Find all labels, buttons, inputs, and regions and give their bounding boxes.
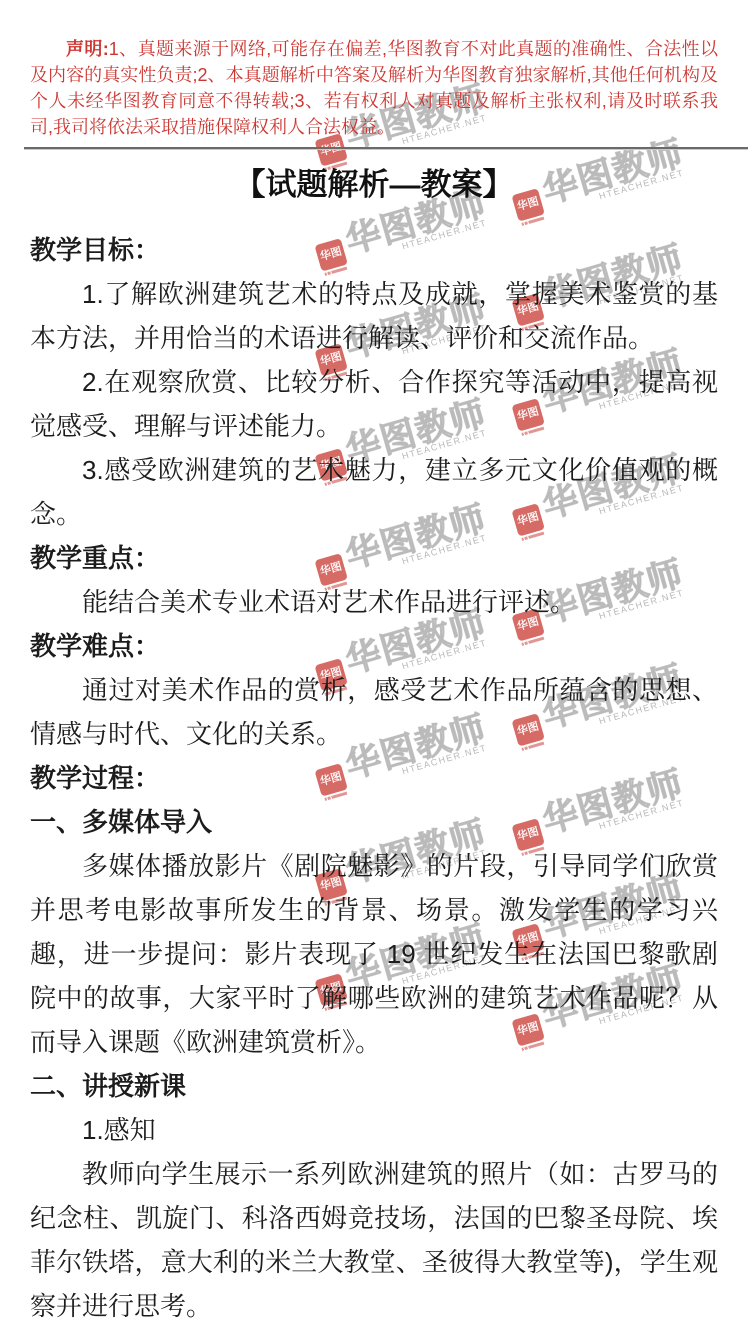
- disclaimer-text: 声明:1、真题来源于网络,可能存在偏差,华图教育不对此真题的准确性、合法性以及内…: [30, 36, 718, 140]
- disclaimer-lead: 声明:: [66, 39, 109, 59]
- paragraph: 能结合美术专业术语对艺术作品进行评述。: [30, 580, 718, 624]
- paragraph: 3.感受欧洲建筑的艺术魅力，建立多元文化价值观的概念。: [30, 448, 718, 536]
- section-heading: 二、讲授新课: [30, 1064, 718, 1108]
- paragraph: 1.了解欧洲建筑艺术的特点及成就，掌握美术鉴赏的基本方法，并用恰当的术语进行解读…: [30, 272, 718, 360]
- paragraph: 通过对美术作品的赏析，感受艺术作品所蕴含的思想、情感与时代、文化的关系。: [30, 668, 718, 756]
- paragraph: 教师向学生展示一系列欧洲建筑的照片（如：古罗马的纪念柱、凯旋门、科洛西姆竞技场，…: [30, 1152, 718, 1328]
- document-page: 声明:1、真题来源于网络,可能存在偏差,华图教育不对此真题的准确性、合法性以及内…: [0, 0, 748, 1328]
- disclaimer-body: 1、真题来源于网络,可能存在偏差,华图教育不对此真题的准确性、合法性以及内容的真…: [30, 39, 718, 137]
- section-heading: 一、多媒体导入: [30, 800, 718, 844]
- section-heading: 教学难点：: [30, 624, 718, 668]
- horizontal-divider: [24, 147, 748, 150]
- page-title: 【试题解析—教案】: [30, 164, 718, 206]
- paragraph: 多媒体播放影片《剧院魅影》的片段，引导同学们欣赏并思考电影故事所发生的背景、场景…: [30, 844, 718, 1064]
- paragraph: 1.感知: [30, 1108, 718, 1152]
- section-heading: 教学目标：: [30, 228, 718, 272]
- lesson-plan-body: 教学目标：1.了解欧洲建筑艺术的特点及成就，掌握美术鉴赏的基本方法，并用恰当的术…: [30, 228, 718, 1328]
- section-heading: 教学重点：: [30, 536, 718, 580]
- section-heading: 教学过程：: [30, 756, 718, 800]
- paragraph: 2.在观察欣赏、比较分析、合作探究等活动中，提高视觉感受、理解与评述能力。: [30, 360, 718, 448]
